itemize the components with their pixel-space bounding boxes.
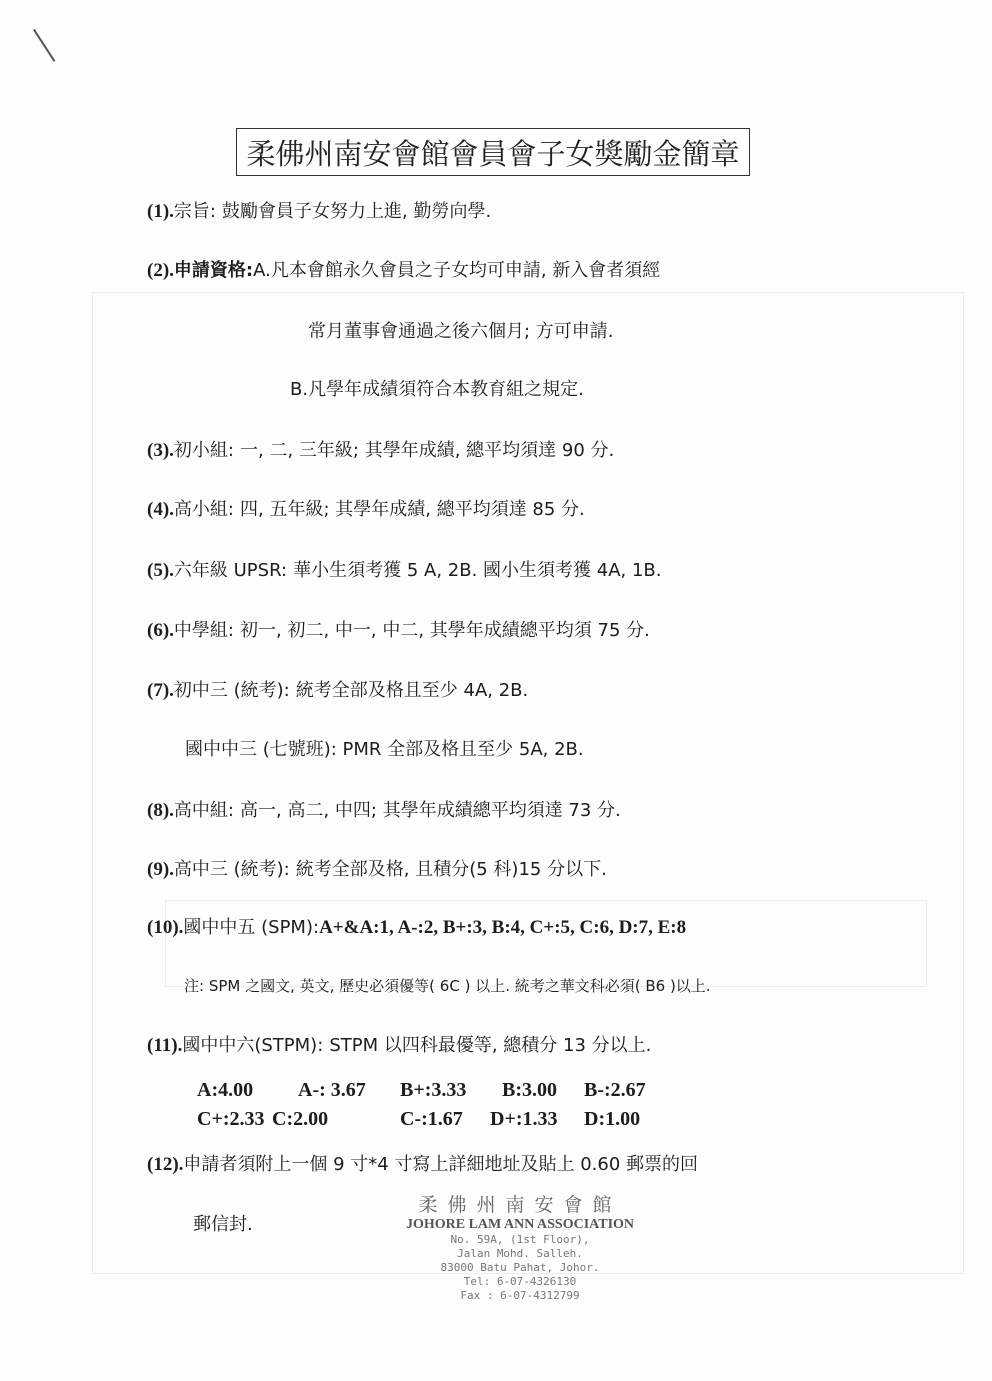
grade-cell: B-:2.67	[584, 1079, 646, 1102]
scan-mark	[33, 29, 55, 62]
item-text: 華小生須考獲 5 A, 2B. 國小生須考獲 4A, 1B.	[293, 560, 661, 581]
item-label: 高中組:	[174, 800, 234, 821]
item-number: (3).	[147, 440, 174, 461]
item-10: (10).國中中五 (SPM):A+&A:1, A-:2, B+:3, B:4,…	[147, 915, 686, 940]
item-5: (5).六年級 UPSR: 華小生須考獲 5 A, 2B. 國小生須考獲 4A,…	[147, 558, 662, 583]
grade-cell: C+:2.33	[197, 1108, 265, 1131]
item-2: (2).申請資格:A.凡本會館永久會員之子女均可申請, 新入會者須經	[147, 258, 660, 283]
item-label: 初小組:	[174, 440, 234, 461]
grade-cell: A:4.00	[197, 1079, 253, 1102]
item-label: 宗旨:	[174, 201, 216, 222]
item-6: (6).中學組: 初一, 初二, 中一, 中二, 其學年成績總平均須 75 分.	[147, 618, 650, 643]
grade-cell: D:1.00	[584, 1108, 640, 1131]
item-4: (4).高小組: 四, 五年級; 其學年成績, 總平均須達 85 分.	[147, 497, 585, 522]
item-10-note: 注: SPM 之國文, 英文, 歷史必須優等( 6C ) 以上. 統考之華文科必…	[184, 974, 711, 998]
item-7-continuation: 國中中三 (七號班): PMR 全部及格且至少 5A, 2B.	[185, 738, 584, 762]
item-label: 初中三 (統考):	[174, 680, 290, 701]
document-title: 柔佛州南安會館會員會子女獎勵金簡章	[236, 128, 750, 176]
item-number: (9).	[147, 859, 174, 880]
item-text: 鼓勵會員子女努力上進, 勤勞向學.	[222, 201, 491, 222]
grade-cell: D+:1.33	[490, 1108, 558, 1131]
item-number: (6).	[147, 620, 174, 641]
item-text: 四, 五年級; 其學年成績, 總平均須達 85 分.	[240, 499, 585, 520]
item-text: 初一, 初二, 中一, 中二, 其學年成績總平均須 75 分.	[240, 620, 650, 641]
item-number: (2).	[147, 260, 174, 281]
grade-cell: C:2.00	[272, 1108, 328, 1131]
item-text: 高一, 高二, 中四; 其學年成績總平均須達 73 分.	[240, 800, 621, 821]
item-12-continuation: 郵信封.	[193, 1213, 253, 1237]
item-number: (10).	[147, 917, 183, 938]
item-label: 中學組:	[174, 620, 234, 641]
item-8: (8).高中組: 高一, 高二, 中四; 其學年成績總平均須達 73 分.	[147, 798, 621, 823]
grade-cell: C-:1.67	[400, 1108, 463, 1131]
item-label: 國中中六(STPM):	[182, 1035, 323, 1056]
item-11: (11).國中中六(STPM): STPM 以四科最優等, 總積分 13 分以上…	[147, 1033, 651, 1058]
item-number: (7).	[147, 680, 174, 701]
stamp-address-3: 83000 Batu Pahat, Johor.	[380, 1261, 660, 1275]
stamp-name-cn: 柔佛州南安會館	[380, 1190, 660, 1217]
stamp-name-en: JOHORE LAM ANN ASSOCIATION	[380, 1217, 660, 1233]
item-text: STPM 以四科最優等, 總積分 13 分以上.	[329, 1035, 651, 1056]
item-label: 申請資格:	[174, 260, 253, 281]
item-text: 申請者須附上一個 9 寸*4 寸寫上詳細地址及貼上 0.60 郵票的回	[183, 1154, 698, 1175]
item-number: (1).	[147, 201, 174, 222]
item-3: (3).初小組: 一, 二, 三年級; 其學年成績, 總平均須達 90 分.	[147, 438, 614, 463]
item-text: A+&A:1, A-:2, B+:3, B:4, C+:5, C:6, D:7,…	[319, 917, 686, 938]
item-number: (11).	[147, 1035, 182, 1056]
item-text: 一, 二, 三年級; 其學年成績, 總平均須達 90 分.	[240, 440, 614, 461]
item-2-continuation: 常月董事會通過之後六個月; 方可申請.	[308, 320, 614, 344]
item-label: 國中中五 (SPM):	[183, 917, 319, 938]
item-number: (5).	[147, 560, 174, 581]
item-number: (8).	[147, 800, 174, 821]
item-1: (1).宗旨: 鼓勵會員子女努力上進, 勤勞向學.	[147, 199, 491, 224]
item-label: 高中三 (統考):	[174, 859, 290, 880]
item-label: 高小組:	[174, 499, 234, 520]
association-stamp: 柔佛州南安會館 JOHORE LAM ANN ASSOCIATION No. 5…	[380, 1190, 660, 1303]
item-7: (7).初中三 (統考): 統考全部及格且至少 4A, 2B.	[147, 678, 528, 703]
grade-cell: A-: 3.67	[298, 1079, 366, 1102]
item-number: (4).	[147, 499, 174, 520]
stamp-fax: Fax : 6-07-4312799	[380, 1289, 660, 1303]
stamp-tel: Tel: 6-07-4326130	[380, 1275, 660, 1289]
item-text: 統考全部及格, 且積分(5 科)15 分以下.	[296, 859, 607, 880]
grade-cell: B+:3.33	[400, 1079, 466, 1102]
item-text: A.凡本會館永久會員之子女均可申請, 新入會者須經	[253, 260, 660, 281]
item-text: 統考全部及格且至少 4A, 2B.	[296, 680, 528, 701]
stamp-address-1: No. 59A, (1st Floor),	[380, 1233, 660, 1247]
item-label: 六年級 UPSR:	[174, 560, 287, 581]
item-9: (9).高中三 (統考): 統考全部及格, 且積分(5 科)15 分以下.	[147, 857, 607, 882]
grade-cell: B:3.00	[502, 1079, 557, 1102]
item-number: (12).	[147, 1154, 183, 1175]
stamp-address-2: Jalan Mohd. Salleh.	[380, 1247, 660, 1261]
item-2-sub-b: B.凡學年成績須符合本教育組之規定.	[290, 378, 584, 402]
item-12: (12).申請者須附上一個 9 寸*4 寸寫上詳細地址及貼上 0.60 郵票的回	[147, 1152, 698, 1177]
